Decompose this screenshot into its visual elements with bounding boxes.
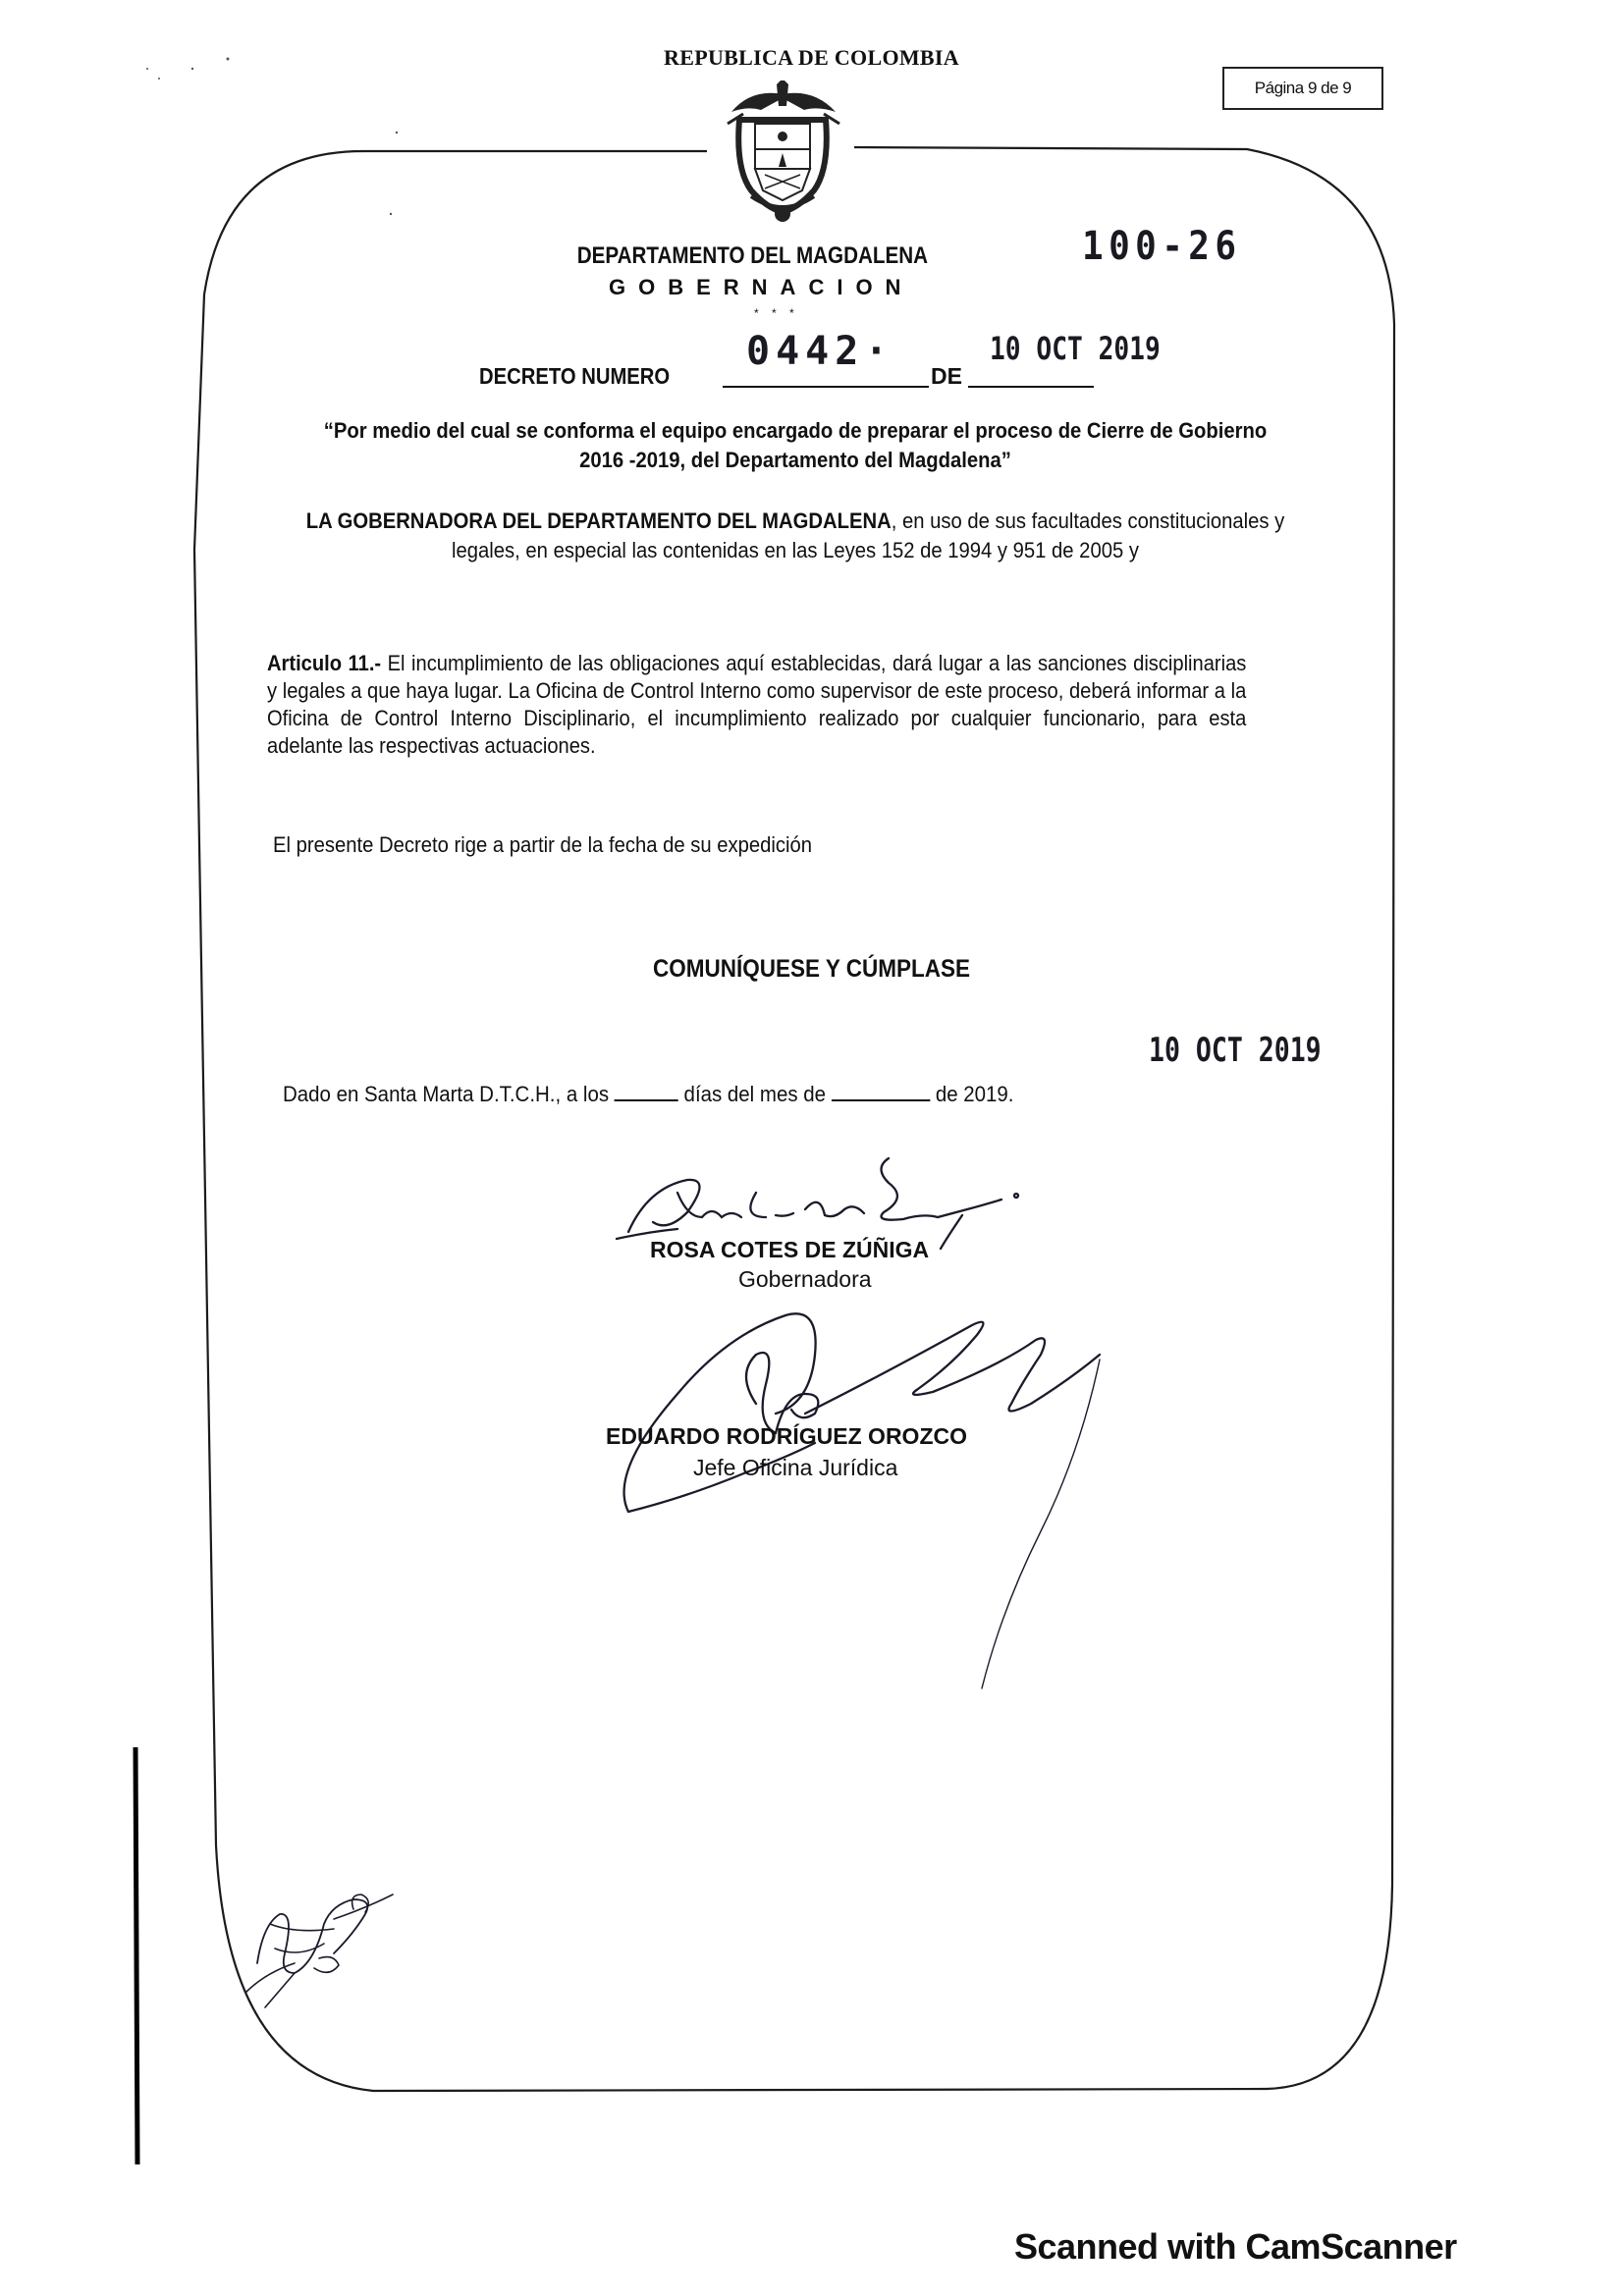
signatory-role-legal-chief: Jefe Oficina Jurídica [693,1455,897,1481]
scan-edge-line [135,1747,137,2164]
decree-date-label: DE [931,363,962,390]
page-indicator: Página 9 de 9 [1222,67,1383,110]
decree-preamble: LA GOBERNADORA DEL DEPARTAMENTO DEL MAGD… [303,507,1288,565]
day-blank [615,1086,678,1101]
closing-formula: COMUNÍQUESE Y CÚMPLASE [81,955,1542,984]
office-name: GOBERNACION [609,275,913,300]
given-middle: días del mes de [684,1082,826,1106]
signatory-name-governor: ROSA COTES DE ZÚÑIGA [650,1237,929,1263]
file-number-stamp: 100-26 [1082,224,1241,269]
decree-number-underline [723,386,929,388]
given-prefix: Dado en Santa Marta D.T.C.H., a los [283,1082,609,1106]
camscanner-watermark: Scanned with CamScanner [1014,2226,1457,2268]
effective-clause: El presente Decreto rige a partir de la … [273,832,812,858]
decorative-stars: * * * [754,306,799,320]
decree-number-stamp: 0442· [746,329,893,374]
decree-title: “Por medio del cual se conforma el equip… [303,416,1288,475]
article-text: El incumplimiento de las obligaciones aq… [267,651,1246,758]
colombia-coat-of-arms-icon [722,80,844,223]
given-suffix: de 2019. [936,1082,1014,1106]
decree-date-underline [968,386,1094,388]
department-name: DEPARTAMENTO DEL MAGDALENA [550,242,955,270]
preamble-authority: LA GOBERNADORA DEL DEPARTAMENTO DEL MAGD… [306,508,892,533]
article-11: Articulo 11.- El incumplimiento de las o… [267,650,1246,760]
signatory-role-governor: Gobernadora [738,1266,872,1293]
given-in-line: Dado en Santa Marta D.T.C.H., a los días… [283,1082,1013,1107]
signatory-name-legal-chief: EDUARDO RODRÍGUEZ OROZCO [606,1423,967,1450]
article-label: Articulo 11.- [267,651,381,675]
month-blank [832,1086,930,1101]
given-date-stamp: 10 OCT 2019 [1149,1031,1322,1070]
decree-number-label: DECRETO NUMERO [479,363,670,390]
decree-date-stamp: 10 OCT 2019 [990,330,1161,367]
